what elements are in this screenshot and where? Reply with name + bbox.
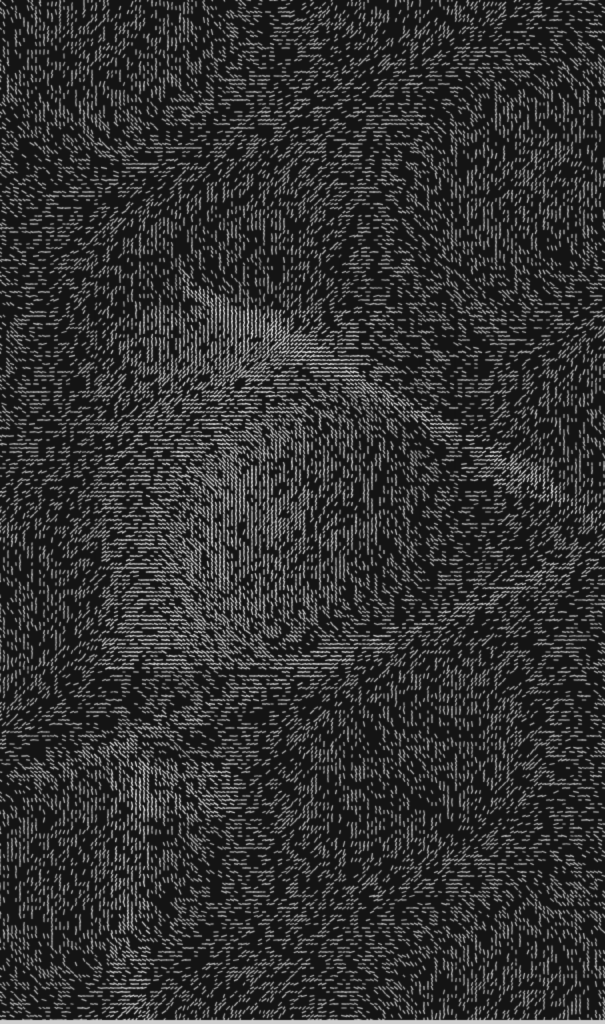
hatched-artwork [0,0,605,1024]
artwork-canvas [0,0,605,1024]
